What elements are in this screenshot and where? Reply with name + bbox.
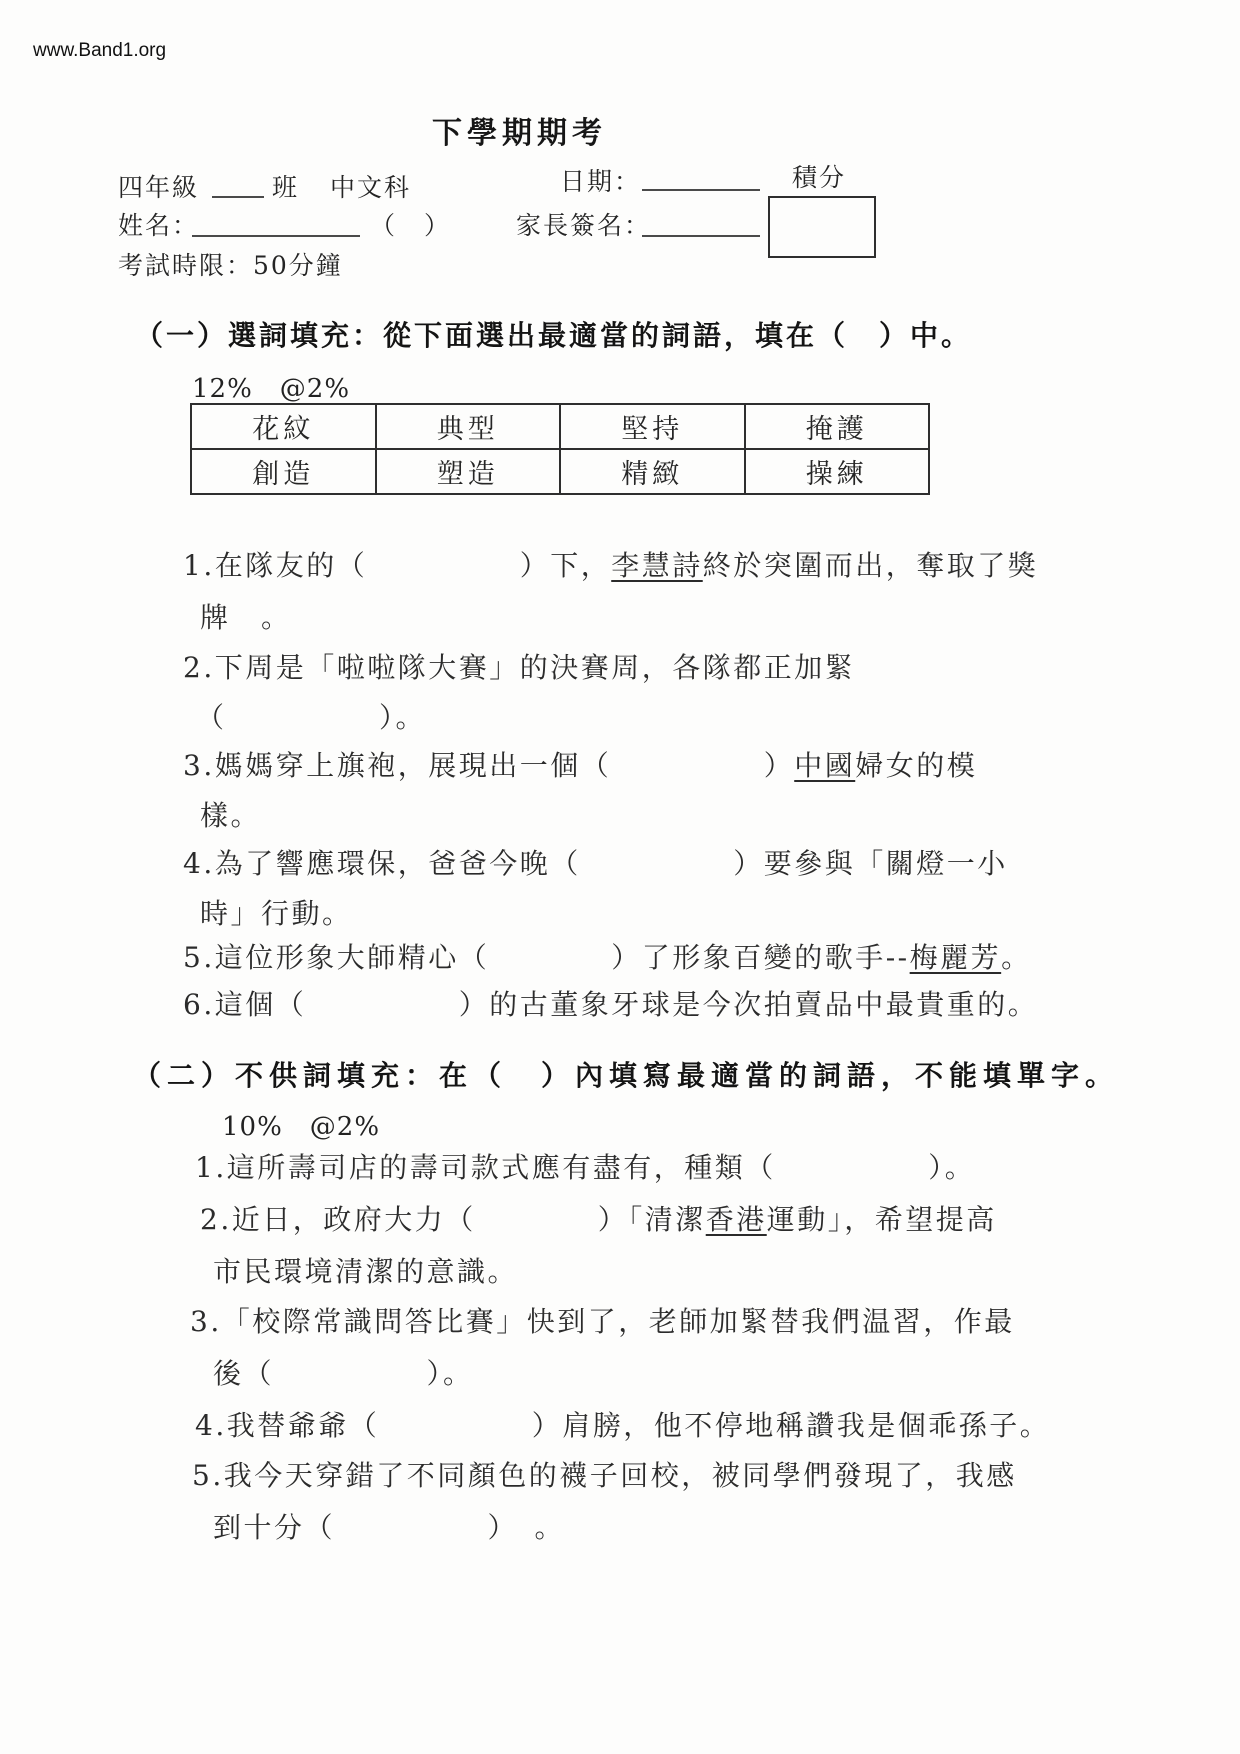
s1-q3-underlined-name: 中國 <box>794 749 855 782</box>
s2-q2-text-pre: 2.近日，政府大力（ ）「清潔 <box>200 1203 706 1236</box>
s1-q1-line2: 牌 。 <box>200 600 292 636</box>
s1-q5-text-pre: 5.這位形象大師精心（ ）了形象百變的歌手-- <box>183 941 910 974</box>
s2-q5-line2: 到十分（ ） 。 <box>213 1510 565 1546</box>
s2-q3-line2: 後（ ）。 <box>213 1356 474 1392</box>
word-bank-cell: 塑造 <box>376 449 561 494</box>
s1-q4-line1: 4.為了響應環保，爸爸今晚（ ）要參與「關燈一小 <box>183 846 1008 882</box>
s2-q2-text-post: 運動」，希望提高 <box>767 1203 997 1236</box>
s2-q2-line2: 市民環境清潔的意識。 <box>213 1254 518 1290</box>
name-blank-line <box>192 206 360 237</box>
s1-q3-text-pre: 3.媽媽穿上旗袍，展現出一個（ ） <box>183 749 794 782</box>
time-limit-label: 考試時限：50分鐘 <box>118 246 343 282</box>
class-blank-line <box>212 170 264 198</box>
section2-marks: 10% @2% <box>222 1106 380 1143</box>
s1-q2-line1: 2.下周是「啦啦隊大賽」的決賽周，各隊都正加緊 <box>183 650 855 686</box>
word-bank-cell: 堅持 <box>560 404 745 449</box>
word-bank-row: 創造 塑造 精緻 操練 <box>191 449 929 494</box>
section1-marks: 12% @2% <box>192 368 350 405</box>
exam-paper-page: www.Band1.org 下學期期考 四年級 班 中文科 日期： 積分 姓名：… <box>0 0 1240 1754</box>
s2-q1-line: 1.這所壽司店的壽司款式應有盡有，種類（ ）。 <box>195 1150 975 1186</box>
word-bank-cell: 創造 <box>191 449 376 494</box>
word-bank-cell: 花紋 <box>191 404 376 449</box>
grade-label: 四年級 <box>118 168 199 204</box>
word-bank-cell: 操練 <box>745 449 930 494</box>
s1-q6-line: 6.這個（ ）的古董象牙球是今次拍賣品中最貴重的。 <box>183 987 1038 1023</box>
score-label: 積分 <box>792 158 846 194</box>
watermark: www.Band1.org <box>33 40 166 62</box>
s2-q2-underlined-name: 香港 <box>706 1203 767 1236</box>
subject-label: 中文科 <box>330 168 411 204</box>
name-label: 姓名： <box>118 206 199 242</box>
word-bank-cell: 掩護 <box>745 404 930 449</box>
word-bank-cell: 典型 <box>376 404 561 449</box>
s2-q5-line1: 5.我今天穿錯了不同顏色的襪子回校，被同學們發現了，我感 <box>192 1458 1017 1494</box>
s2-q3-line1: 3.「校際常識問答比賽」快到了，老師加緊替我們温習，作最 <box>190 1304 1015 1340</box>
s1-q3-text-post: 婦女的模 <box>855 749 977 782</box>
s1-q5-line: 5.這位形象大師精心（ ）了形象百變的歌手--梅麗芳。 <box>183 940 1032 976</box>
s1-q5-text-post: 。 <box>1001 941 1032 974</box>
date-label: 日期： <box>560 162 641 198</box>
class-suffix-label: 班 <box>272 168 299 204</box>
s1-q2-line2: （ ）。 <box>196 700 426 736</box>
s1-q1-line1: 1.在隊友的（ ）下，李慧詩終於突圍而出，奪取了獎 <box>183 548 1038 584</box>
s2-q2-line1: 2.近日，政府大力（ ）「清潔香港運動」，希望提高 <box>200 1202 997 1238</box>
s1-q5-underlined-name: 梅麗芳 <box>910 941 1002 974</box>
score-box <box>768 196 876 258</box>
s1-q1-underlined-name: 李慧詩 <box>611 549 703 582</box>
s2-q4-line: 4.我替爺爺（ ）肩膀，他不停地稱讚我是個乖孫子。 <box>195 1408 1050 1444</box>
s1-q3-line1: 3.媽媽穿上旗袍，展現出一個（ ）中國婦女的模 <box>183 748 977 784</box>
word-bank-cell: 精緻 <box>560 449 745 494</box>
name-paren: （ ） <box>370 206 451 242</box>
section1-heading: （一）選詞填充：從下面選出最適當的詞語，填在（ ）中。 <box>135 318 972 354</box>
word-bank-row: 花紋 典型 堅持 掩護 <box>191 404 929 449</box>
s1-q3-line2: 樣。 <box>200 798 261 834</box>
date-blank-line <box>642 162 760 191</box>
s1-q1-text-post: 終於突圍而出，奪取了獎 <box>703 549 1039 582</box>
page-title: 下學期期考 <box>432 108 607 152</box>
parent-sign-blank-line <box>642 206 760 237</box>
s1-q4-line2: 時」行動。 <box>200 896 353 932</box>
s1-q1-text-pre: 1.在隊友的（ ）下， <box>183 549 611 582</box>
parent-sign-label: 家長簽名： <box>516 206 651 242</box>
section2-heading: （二）不供詞填充：在（ ）內填寫最適當的詞語，不能填單字。 <box>133 1058 1119 1094</box>
word-bank-table: 花紋 典型 堅持 掩護 創造 塑造 精緻 操練 <box>190 403 930 495</box>
